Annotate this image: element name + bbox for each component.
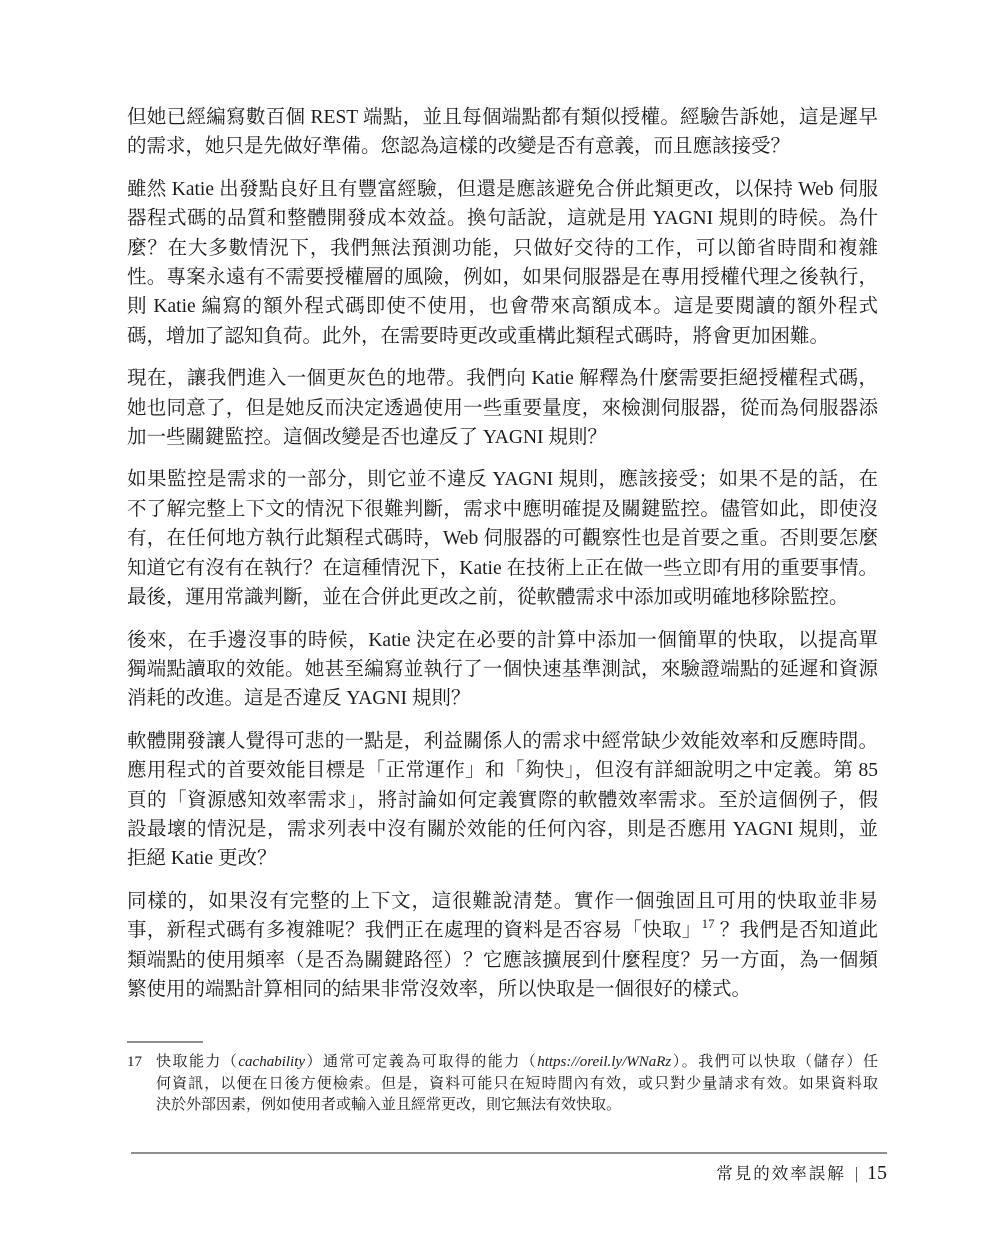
footnote-text: 快取能力（cachability）通常可定義為可取得的能力（https://or…: [156, 1052, 878, 1117]
text-line: 繁使用的端點計算相同的結果非常沒效率，所以快取是一個很好的樣式。: [127, 975, 878, 1004]
footnote-reference-17: 17: [702, 916, 715, 931]
term-cachability: cachability: [238, 1054, 305, 1070]
text-line: 現在，讓我們進入一個更灰色的地帶。我們向 Katie 解釋為什麼需要拒絕授權程式…: [127, 364, 878, 393]
page-number: 15: [867, 1162, 887, 1185]
text-line: 雖然 Katie 出發點良好且有豐富經驗，但還是應該避免合併此類更改，以保持 W…: [127, 175, 878, 204]
footer-rule: [131, 1152, 887, 1154]
text-line: 類端點的使用頻率（是否為關鍵路徑）？它應該擴展到什麼程度？另一方面，為一個頻: [127, 946, 878, 975]
text-line: 如果監控是需求的一部分，則它並不違反 YAGNI 規則，應該接受；如果不是的話，…: [127, 465, 878, 494]
paragraph-1: 但她已經編寫數百個 REST 端點，並且每個端點都有類似授權。經驗告訴她，這是遲…: [127, 103, 878, 162]
page-footer: 常見的效率誤解 | 15: [716, 1160, 887, 1185]
footnote-separator-rule: [127, 1041, 203, 1043]
text-line: 性。專案永遠有不需要授權層的風險，例如，如果伺服器是在專用授權代理之後執行，: [127, 263, 878, 292]
text-segment: ）。我們可以快取（儲存）任: [671, 1054, 878, 1070]
text-line: 最後，運用常識判斷，並在合併此更改之前，從軟體需求中添加或明確地移除監控。: [127, 583, 878, 612]
footnote-line: 決於外部因素，例如使用者或輸入並且經常更改，則它無法有效快取。: [156, 1095, 878, 1117]
text-line: 則 Katie 編寫的額外程式碼即使不使用，也會帶來高額成本。這是要閱讀的額外程…: [127, 292, 878, 321]
text-line: 的需求，她只是先做好準備。您認為這樣的改變是否有意義，而且應該接受？: [127, 132, 878, 161]
text-line: 有，在任何地方執行此類程式碼時，Web 伺服器的可觀察性也是首要之重。否則要怎麼: [127, 524, 878, 553]
text-line: 消耗的改進。這是否違反 YAGNI 規則？: [127, 684, 878, 713]
paragraph-2: 雖然 Katie 出發點良好且有豐富經驗，但還是應該避免合併此類更改，以保持 W…: [127, 175, 878, 351]
text-line: 加一些關鍵監控。這個改變是否也違反了 YAGNI 規則？: [127, 423, 878, 452]
text-segment: ？我們是否知道此: [715, 920, 878, 941]
text-line: 獨端點讀取的效能。她甚至編寫並執行了一個快速基準測試，來驗證端點的延遲和資源: [127, 655, 878, 684]
paragraph-6: 軟體開發讓人覺得可悲的一點是，利益關係人的需求中經常缺少效能效率和反應時間。 應…: [127, 727, 878, 874]
footnote-area: 17 快取能力（cachability）通常可定義為可取得的能力（https:/…: [127, 1041, 878, 1117]
text-line: 麼？在大多數情況下，我們無法預測功能，只做好交待的工作，可以節省時間和複雜: [127, 234, 878, 263]
paragraph-7: 同樣的，如果沒有完整的上下文，這很難說清楚。實作一個強固且可用的快取並非易 事，…: [127, 887, 878, 1005]
footnote-line: 何資訊，以便在日後方便檢索。但是，資料可能只在短時間內有效，或只對少量請求有效。…: [156, 1074, 878, 1096]
text-line: 她也同意了，但是她反而決定透過使用一些重要量度，來檢測伺服器，從而為伺服器添: [127, 394, 878, 423]
text-line: 軟體開發讓人覺得可悲的一點是，利益關係人的需求中經常缺少效能效率和反應時間。: [127, 727, 878, 756]
text-line: 設最壞的情況是，需求列表中沒有關於效能的任何內容，則是否應用 YAGNI 規則，…: [127, 815, 878, 844]
page-body: 但她已經編寫數百個 REST 端點，並且每個端點都有類似授權。經驗告訴她，這是遲…: [127, 103, 878, 1017]
footnote-url: https://oreil.ly/WNaRz: [537, 1054, 671, 1070]
book-page: 但她已經編寫數百個 REST 端點，並且每個端點都有類似授權。經驗告訴她，這是遲…: [0, 0, 1000, 1243]
text-line: 碼，增加了認知負荷。此外，在需要時更改或重構此類程式碼時，將會更加困難。: [127, 322, 878, 351]
paragraph-3: 現在，讓我們進入一個更灰色的地帶。我們向 Katie 解釋為什麼需要拒絕授權程式…: [127, 364, 878, 452]
text-segment: ）通常可定義為可取得的能力（: [305, 1054, 537, 1070]
footer-separator: |: [855, 1164, 858, 1184]
text-line: 應用程式的首要效能目標是「正常運作」和「夠快」，但沒有詳細說明之中定義。第 85: [127, 756, 878, 785]
paragraph-5: 後來，在手邊沒事的時候，Katie 決定在必要的計算中添加一個簡單的快取，以提高…: [127, 626, 878, 714]
text-line: 拒絕 Katie 更改？: [127, 844, 878, 873]
text-segment: 快取能力（: [156, 1054, 238, 1070]
footnote-line: 快取能力（cachability）通常可定義為可取得的能力（https://or…: [156, 1052, 878, 1074]
paragraph-4: 如果監控是需求的一部分，則它並不違反 YAGNI 規則，應該接受；如果不是的話，…: [127, 465, 878, 612]
text-line: 後來，在手邊沒事的時候，Katie 決定在必要的計算中添加一個簡單的快取，以提高…: [127, 626, 878, 655]
text-line-with-footnote-ref: 事，新程式碼有多複雜呢？我們正在處理的資料是否容易「快取」17 ？我們是否知道此: [127, 916, 878, 945]
text-line: 同樣的，如果沒有完整的上下文，這很難說清楚。實作一個強固且可用的快取並非易: [127, 887, 878, 916]
running-section-title: 常見的效率誤解: [716, 1160, 846, 1184]
text-line: 但她已經編寫數百個 REST 端點，並且每個端點都有類似授權。經驗告訴她，這是遲…: [127, 103, 878, 132]
text-segment: 事，新程式碼有多複雜呢？我們正在處理的資料是否容易「快取」: [127, 920, 702, 941]
text-line: 器程式碼的品質和整體開發成本效益。換句話說，這就是用 YAGNI 規則的時候。為…: [127, 204, 878, 233]
text-line: 知道它有沒有在執行？在這種情況下，Katie 在技術上正在做一些立即有用的重要事…: [127, 554, 878, 583]
text-line: 頁的「資源感知效率需求」，將討論如何定義實際的軟體效率需求。至於這個例子，假: [127, 786, 878, 815]
text-line: 不了解完整上下文的情況下很難判斷，需求中應明確提及關鍵監控。儘管如此，即使沒: [127, 495, 878, 524]
footnote-number: 17: [127, 1052, 156, 1117]
footnote-17: 17 快取能力（cachability）通常可定義為可取得的能力（https:/…: [127, 1052, 878, 1117]
